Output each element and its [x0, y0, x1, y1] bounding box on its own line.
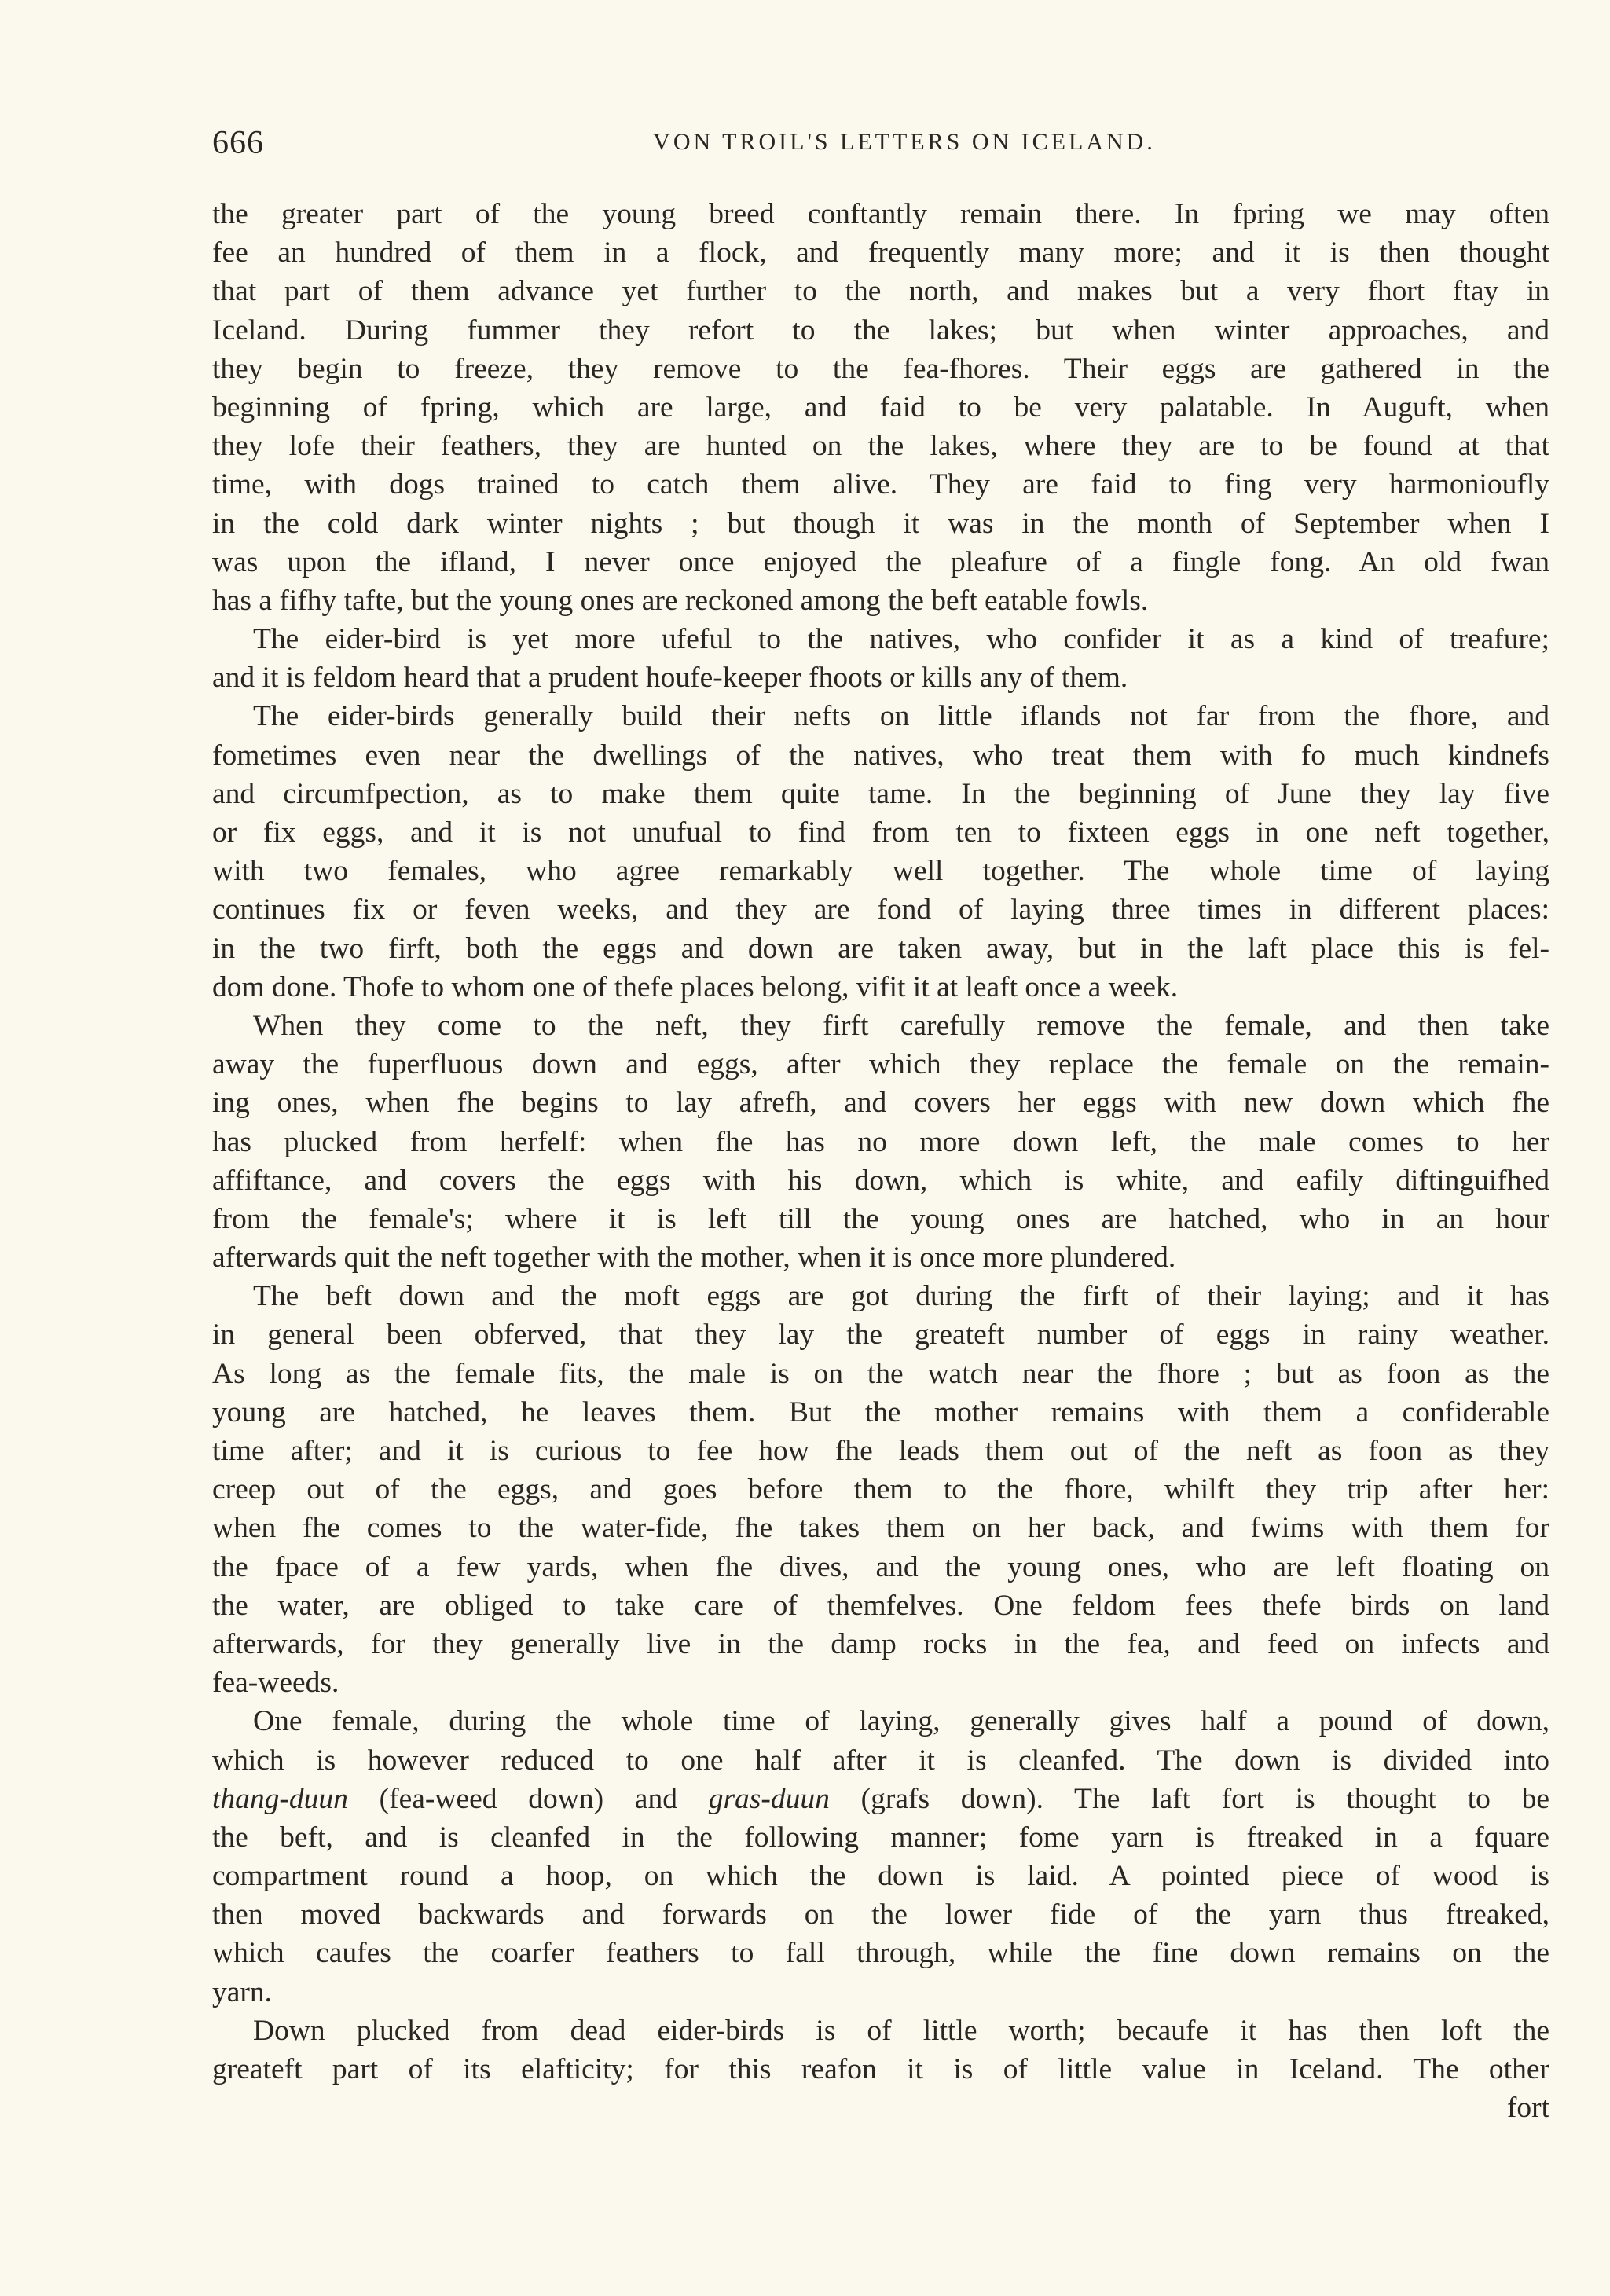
text-line: the greater part of the young breed conf… — [212, 195, 1549, 233]
text-line: fometimes even near the dwellings of the… — [212, 736, 1549, 775]
text-line: compartment round a hoop, on which the d… — [212, 1857, 1549, 1895]
text-line: the water, are obliged to take care of t… — [212, 1586, 1549, 1625]
text-segment: (grafs down). The laft fort is thought t… — [830, 1783, 1549, 1815]
text-line: ing ones, when fhe begins to lay afrefh,… — [212, 1084, 1549, 1122]
text-line: fort — [212, 2089, 1549, 2127]
running-title: VON TROIL'S LETTERS ON ICELAND. — [212, 129, 1549, 156]
text-line: time after; and it is curious to fee how… — [212, 1432, 1549, 1470]
text-segment: (fea-weed down) and — [348, 1783, 709, 1815]
text-line: then moved backwards and forwards on the… — [212, 1895, 1549, 1934]
text-line: they lofe their feathers, they are hunte… — [212, 427, 1549, 465]
text-line: and circumfpection, as to make them quit… — [212, 775, 1549, 813]
text-line: they begin to freeze, they remove to the… — [212, 350, 1549, 388]
running-head: 666 VON TROIL'S LETTERS ON ICELAND. — [212, 110, 1549, 165]
text-line: afterwards quit the neft together with t… — [212, 1238, 1549, 1277]
text-line: the fpace of a few yards, when fhe dives… — [212, 1548, 1549, 1586]
text-line: dom done. Thofe to whom one of thefe pla… — [212, 968, 1549, 1007]
text-line: The eider-birds generally build their ne… — [212, 697, 1549, 735]
text-line: in the cold dark winter nights ; but tho… — [212, 504, 1549, 543]
italic-term: thang-duun — [212, 1783, 348, 1815]
text-line: fee an hundred of them in a flock, and f… — [212, 233, 1549, 272]
text-line: As long as the female fits, the male is … — [212, 1355, 1549, 1393]
text-line: thang-duun (fea-weed down) and gras-duun… — [212, 1780, 1549, 1818]
text-line: has a fifhy tafte, but the young ones ar… — [212, 581, 1549, 620]
text-line: and it is feldom heard that a prudent ho… — [212, 658, 1549, 697]
text-line: from the female's; where it is left till… — [212, 1200, 1549, 1238]
text-line: afterwards, for they generally live in t… — [212, 1625, 1549, 1663]
text-line: which is however reduced to one half aft… — [212, 1741, 1549, 1780]
text-line: in the two firft, both the eggs and down… — [212, 930, 1549, 968]
text-line: greateft part of its elafticity; for thi… — [212, 2050, 1549, 2089]
text-line: away the fuperfluous down and eggs, afte… — [212, 1045, 1549, 1084]
text-line: which caufes the coarfer feathers to fal… — [212, 1934, 1549, 1972]
text-line: beginning of fpring, which are large, an… — [212, 388, 1549, 427]
text-line: with two females, who agree remarkably w… — [212, 852, 1549, 890]
text-line: When they come to the neft, they firft c… — [212, 1007, 1549, 1045]
text-line: continues fix or feven weeks, and they a… — [212, 890, 1549, 929]
text-line: fea-weeds. — [212, 1663, 1549, 1702]
text-line: creep out of the eggs, and goes before t… — [212, 1470, 1549, 1509]
body-text: the greater part of the young breed conf… — [212, 195, 1549, 2127]
text-line: young are hatched, he leaves them. But t… — [212, 1393, 1549, 1432]
text-line: has plucked from herfelf: when fhe has n… — [212, 1123, 1549, 1161]
text-line: when fhe comes to the water-fide, fhe ta… — [212, 1509, 1549, 1547]
text-line: yarn. — [212, 1973, 1549, 2012]
text-line: was upon the ifland, I never once enjoye… — [212, 543, 1549, 581]
text-line: that part of them advance yet further to… — [212, 272, 1549, 310]
text-line: the beft, and is cleanfed in the followi… — [212, 1818, 1549, 1857]
text-line: time, with dogs trained to catch them al… — [212, 465, 1549, 504]
text-line: or fix eggs, and it is not unufual to fi… — [212, 813, 1549, 852]
text-line: Down plucked from dead eider-birds is of… — [212, 2012, 1549, 2050]
text-line: in general been obferved, that they lay … — [212, 1315, 1549, 1354]
text-line: One female, during the whole time of lay… — [212, 1702, 1549, 1740]
italic-term: gras-duun — [709, 1783, 830, 1815]
text-line: The beft down and the moft eggs are got … — [212, 1277, 1549, 1315]
text-line: The eider-bird is yet more ufeful to the… — [212, 620, 1549, 658]
book-page: 666 VON TROIL'S LETTERS ON ICELAND. the … — [212, 110, 1549, 2127]
text-line: Iceland. During fummer they refort to th… — [212, 311, 1549, 350]
text-line: affiftance, and covers the eggs with his… — [212, 1161, 1549, 1200]
